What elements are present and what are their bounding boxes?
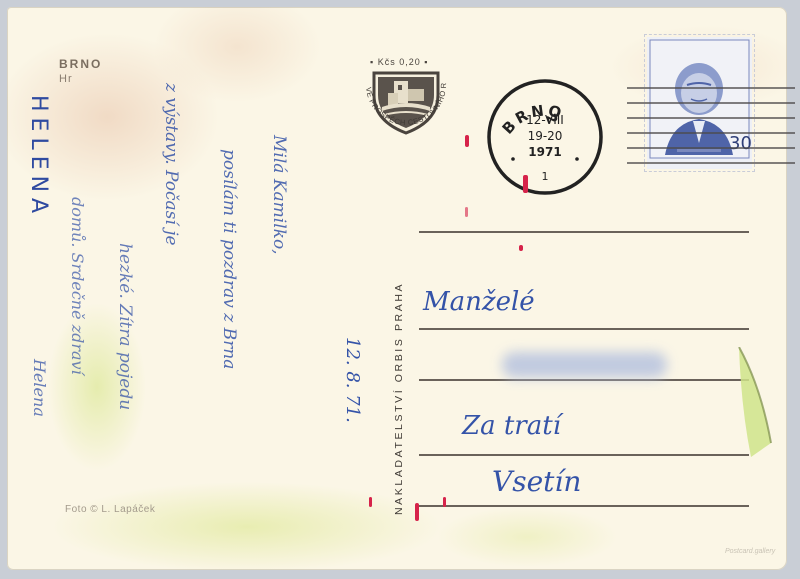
message-line: z výstavy. Počasí je [161, 83, 181, 246]
red-speck [415, 503, 419, 521]
message-line: domů. Srdečně zdraví [68, 197, 87, 375]
postcard: BRNO Hr ▪ Kčs 0,20 ▪ VE PROSPĚCH CESTOVN… [7, 7, 787, 570]
red-speck [523, 175, 528, 193]
castle-crest-icon: VE PROSPĚCH CESTOVNÍHO RUCHU [360, 55, 452, 147]
sender-name: HELENA [26, 95, 51, 219]
red-speck [465, 135, 469, 147]
watermark: Postcard.gallery [725, 548, 775, 555]
address-recipient: Manželé [423, 287, 535, 317]
redacted-name [502, 352, 667, 378]
address-line [419, 454, 749, 456]
crayon-mark-icon [737, 347, 773, 457]
message-line: hezké. Zítra pojedu [115, 243, 135, 410]
printed-city: BRNO [59, 57, 102, 71]
address-line [419, 328, 749, 330]
address-line [419, 505, 749, 507]
message-line: Milá Kamilko, [269, 135, 289, 255]
cancellation-lines [627, 87, 795, 197]
postmark: BRNO 2 12-VIII 19-20 1971 1 [483, 75, 607, 199]
postmark-time: 19-20 [483, 129, 607, 143]
message-line: posílám ti pozdrav z Brna [219, 149, 239, 369]
printed-city-sub: Hr [59, 73, 73, 85]
photo-credit: Foto © L. Lapáček [65, 504, 155, 515]
message-date: 12. 8. 71. [342, 337, 363, 423]
address-line [419, 379, 749, 381]
red-speck [443, 497, 446, 507]
red-speck [369, 497, 372, 507]
address-city: Vsetín [492, 465, 581, 498]
message-line: Helena [30, 359, 49, 417]
address-street: Za tratí [462, 411, 561, 441]
address-line [419, 231, 749, 233]
postmark-date: 12-VIII [483, 113, 607, 127]
publisher-imprint: NAKLADATELSTVÍ ORBIS PRAHA [393, 282, 405, 515]
red-speck [465, 207, 468, 217]
postmark-year: 1971 [483, 145, 607, 159]
postmark-bottom: 1 [483, 170, 607, 183]
red-speck [519, 245, 523, 251]
